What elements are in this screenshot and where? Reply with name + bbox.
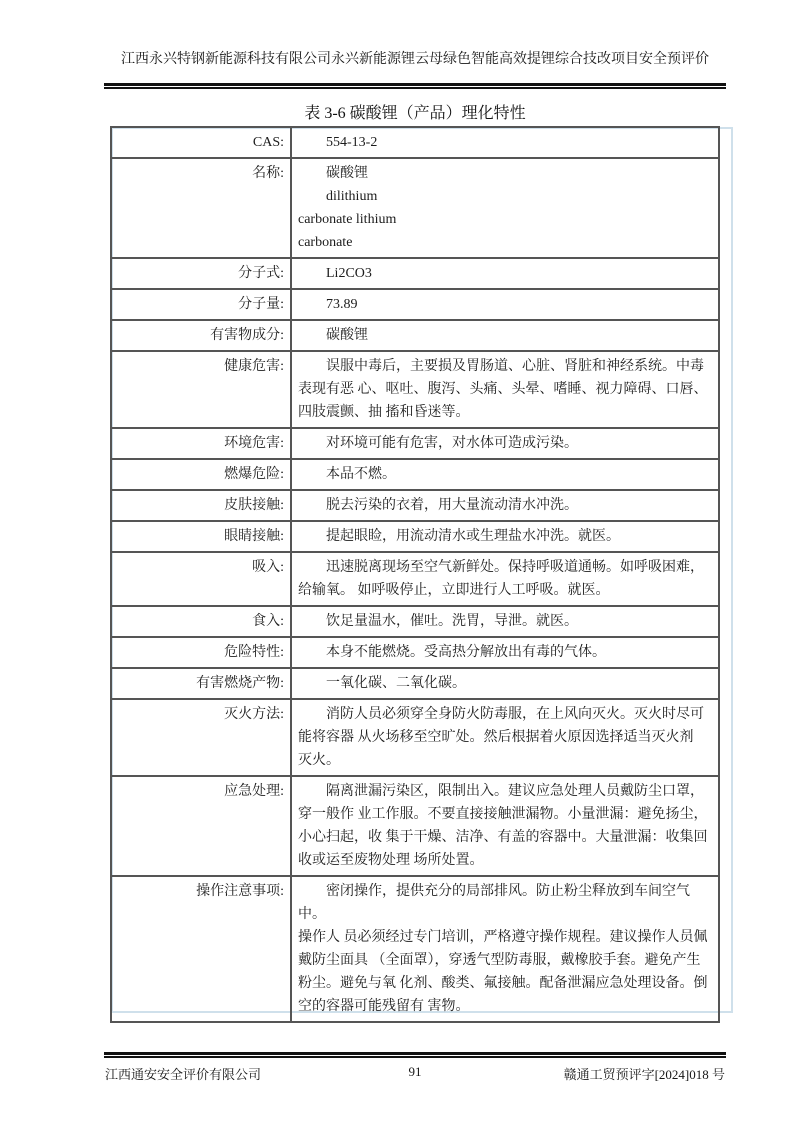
header-rule bbox=[104, 83, 726, 89]
property-label: 灭火方法: bbox=[111, 699, 291, 776]
table-row: 操作注意事项: 密闭操作，提供充分的局部排风。防止粉尘释放到车间空气中。 操作人… bbox=[111, 876, 719, 1022]
property-value: 隔离泄漏污染区，限制出入。建议应急处理人员戴防尘口罩， 穿一般作 业工作服。不要… bbox=[291, 776, 719, 876]
properties-table-container: CAS: 554-13-2 名称: 碳酸锂 dilithium carbonat… bbox=[110, 126, 720, 1023]
footer-doc-number: 赣通工贸预评字[2024]018 号 bbox=[105, 1064, 725, 1083]
table-row: 分子量: 73.89 bbox=[111, 289, 719, 320]
table-row: 名称: 碳酸锂 dilithium carbonate lithium carb… bbox=[111, 158, 719, 258]
property-label: 有害燃烧产物: bbox=[111, 668, 291, 699]
table-row: 有害物成分: 碳酸锂 bbox=[111, 320, 719, 351]
property-value: 饮足量温水，催吐。洗胃，导泄。就医。 bbox=[291, 606, 719, 637]
property-label: 分子式: bbox=[111, 258, 291, 289]
property-value: 提起眼睑，用流动清水或生理盐水冲洗。就医。 bbox=[291, 521, 719, 552]
property-label: 环境危害: bbox=[111, 428, 291, 459]
table-row: 灭火方法: 消防人员必须穿全身防火防毒服，在上风向灭火。灭火时尽可 能将容器 从… bbox=[111, 699, 719, 776]
property-value: 一氧化碳、二氧化碳。 bbox=[291, 668, 719, 699]
property-value: 本品不燃。 bbox=[291, 459, 719, 490]
footer-rule bbox=[104, 1052, 726, 1058]
table-row: 皮肤接触: 脱去污染的衣着，用大量流动清水冲洗。 bbox=[111, 490, 719, 521]
property-value: 密闭操作，提供充分的局部排风。防止粉尘释放到车间空气中。 操作人 员必须经过专门… bbox=[291, 876, 719, 1022]
property-value: 本身不能燃烧。受高热分解放出有毒的气体。 bbox=[291, 637, 719, 668]
page-title: 表 3-6 碳酸锂（产品）理化特性 bbox=[105, 100, 725, 123]
table-row: 健康危害: 误服中毒后，主要损及胃肠道、心脏、肾脏和神经系统。中毒 表现有恶 心… bbox=[111, 351, 719, 428]
property-label: 吸入: bbox=[111, 552, 291, 606]
table-row: 食入: 饮足量温水，催吐。洗胃，导泄。就医。 bbox=[111, 606, 719, 637]
table-row: 危险特性: 本身不能燃烧。受高热分解放出有毒的气体。 bbox=[111, 637, 719, 668]
table-row: 吸入: 迅速脱离现场至空气新鲜处。保持呼吸道通畅。如呼吸困难， 给输氧。 如呼吸… bbox=[111, 552, 719, 606]
property-value: 迅速脱离现场至空气新鲜处。保持呼吸道通畅。如呼吸困难， 给输氧。 如呼吸停止，立… bbox=[291, 552, 719, 606]
page-header-text: 江西永兴特钢新能源科技有限公司永兴新能源锂云母绿色智能高效提锂综合技改项目安全预… bbox=[90, 48, 740, 68]
property-label: CAS: bbox=[111, 127, 291, 158]
property-value: 73.89 bbox=[291, 289, 719, 320]
property-value: Li2CO3 bbox=[291, 258, 719, 289]
property-label: 健康危害: bbox=[111, 351, 291, 428]
table-row: 环境危害: 对环境可能有危害，对水体可造成污染。 bbox=[111, 428, 719, 459]
property-label: 食入: bbox=[111, 606, 291, 637]
property-label: 危险特性: bbox=[111, 637, 291, 668]
property-value: 误服中毒后，主要损及胃肠道、心脏、肾脏和神经系统。中毒 表现有恶 心、呕吐、腹泻… bbox=[291, 351, 719, 428]
property-label: 应急处理: bbox=[111, 776, 291, 876]
property-value: 脱去污染的衣着，用大量流动清水冲洗。 bbox=[291, 490, 719, 521]
property-value: 碳酸锂 bbox=[291, 320, 719, 351]
property-value: 554-13-2 bbox=[291, 127, 719, 158]
property-value: 消防人员必须穿全身防火防毒服，在上风向灭火。灭火时尽可 能将容器 从火场移至空旷… bbox=[291, 699, 719, 776]
property-value: 对环境可能有危害，对水体可造成污染。 bbox=[291, 428, 719, 459]
property-label: 皮肤接触: bbox=[111, 490, 291, 521]
property-label: 眼睛接触: bbox=[111, 521, 291, 552]
table-row: 应急处理: 隔离泄漏污染区，限制出入。建议应急处理人员戴防尘口罩， 穿一般作 业… bbox=[111, 776, 719, 876]
table-row: 眼睛接触: 提起眼睑，用流动清水或生理盐水冲洗。就医。 bbox=[111, 521, 719, 552]
property-label: 操作注意事项: bbox=[111, 876, 291, 1022]
table-row: CAS: 554-13-2 bbox=[111, 127, 719, 158]
table-row: 分子式: Li2CO3 bbox=[111, 258, 719, 289]
property-label: 燃爆危险: bbox=[111, 459, 291, 490]
property-value: 碳酸锂 dilithium carbonate lithium carbonat… bbox=[291, 158, 719, 258]
table-row: 燃爆危险: 本品不燃。 bbox=[111, 459, 719, 490]
properties-table-body: CAS: 554-13-2 名称: 碳酸锂 dilithium carbonat… bbox=[111, 127, 719, 1022]
property-label: 名称: bbox=[111, 158, 291, 258]
properties-table: CAS: 554-13-2 名称: 碳酸锂 dilithium carbonat… bbox=[110, 126, 720, 1023]
property-label: 分子量: bbox=[111, 289, 291, 320]
property-label: 有害物成分: bbox=[111, 320, 291, 351]
table-row: 有害燃烧产物: 一氧化碳、二氧化碳。 bbox=[111, 668, 719, 699]
